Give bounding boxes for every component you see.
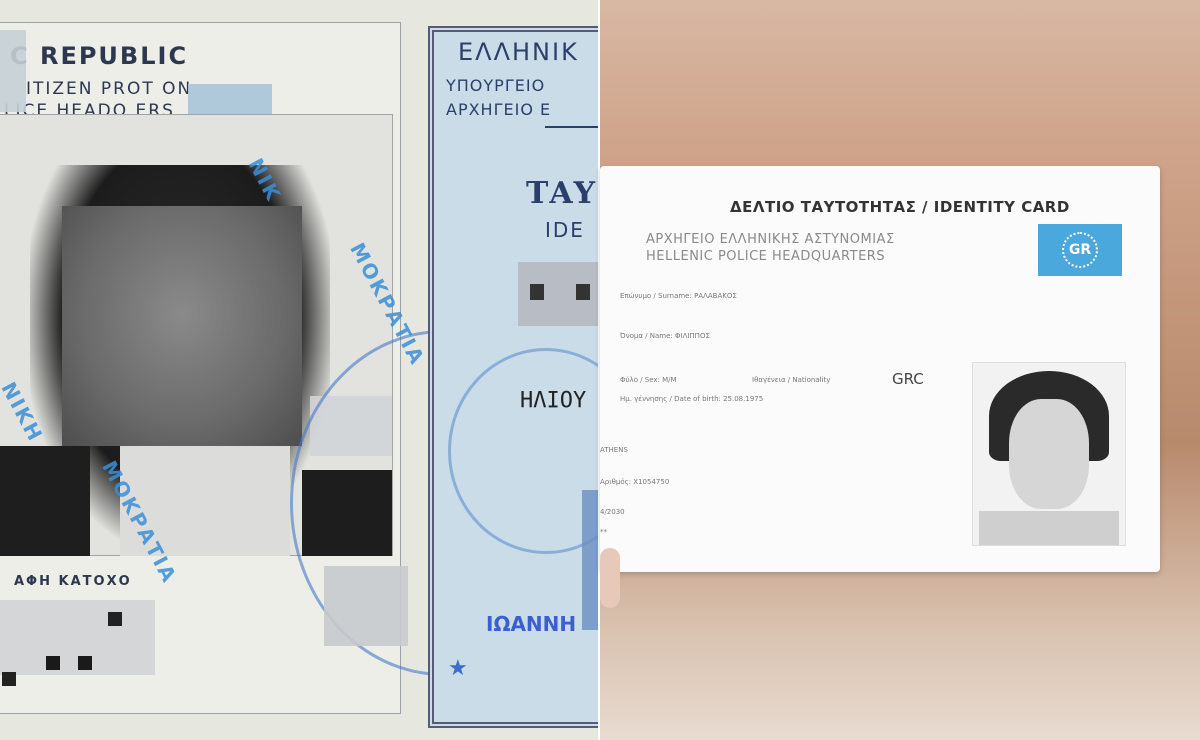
- pixel: [2, 672, 16, 686]
- card-header-republic: C REPUBLIC: [10, 42, 188, 70]
- card-header-hq-gr: ΑΡΧΗΓΕΙΟ Ε: [446, 100, 551, 119]
- pixel: [576, 284, 590, 300]
- issuing-authority-en: HELLENIC POLICE HEADQUARTERS: [646, 249, 885, 264]
- redaction-block: [0, 30, 26, 112]
- card-header-ministry-gr: ΥΠΟΥΡΓΕΙΟ: [446, 76, 545, 95]
- pixel: [78, 656, 92, 670]
- dob-field: Ημ. γέννησης / Date of birth: 25.08.1975: [620, 395, 763, 403]
- sex-field: Φύλο / Sex: M/M: [620, 376, 677, 384]
- name-field: Όνομα / Name: ΦΙΛΙΠΠΟΣ: [620, 332, 710, 340]
- card-title-identity-gr: ΤΑΥ: [526, 176, 596, 211]
- holder-signature-label: ΑΦΗ ΚΑΤΟΧΟ: [14, 574, 132, 589]
- stamp-name: ΙΩΑΝΝΗ: [486, 612, 576, 636]
- star-icon: ★: [448, 656, 468, 681]
- redaction-block: [324, 566, 408, 646]
- blurred-face: [62, 206, 302, 446]
- card-header-ministry: ITIZEN PROT ON: [26, 79, 192, 99]
- pixel: [108, 612, 122, 626]
- nationality-value: GRC: [892, 370, 924, 388]
- nationality-label: Ιθαγένεια / Nationality: [752, 376, 830, 384]
- flag-label: GR: [1062, 232, 1098, 268]
- card-header-hellenic: ΕΛΛΗΝΙΚ: [458, 38, 579, 66]
- card-title: ΔΕΛΤΙΟ ΤΑΥΤΟΤΗΤΑΣ / IDENTITY CARD: [730, 198, 1070, 216]
- issuing-authority-gr: ΑΡΧΗΓΕΙΟ ΕΛΛΗΝΙΚΗΣ ΑΣΤΥΝΟΜΙΑΣ: [646, 232, 895, 247]
- surname-field: Επώνυμο / Surname: ΡΑΛΑΒΑΚΟΣ: [620, 292, 737, 300]
- photo-shoulders: [979, 511, 1119, 546]
- pixel: [530, 284, 544, 300]
- holder-photo-clothing: [0, 446, 90, 556]
- number-field: Αριθμός: Χ1054750: [600, 478, 669, 486]
- new-id-card: ΔΕΛΤΙΟ ΤΑΥΤΟΤΗΤΑΣ / IDENTITY CARD ΑΡΧΗΓΕ…: [600, 166, 1160, 572]
- date-field: 4/2030: [600, 508, 625, 516]
- pixelated-face: [1009, 399, 1089, 509]
- divider-line: [545, 126, 600, 128]
- pixel: [46, 656, 60, 670]
- old-id-card-photo: C REPUBLIC ITIZEN PROT ON LICE HEADQ ERS…: [0, 0, 600, 740]
- extra-field: **: [600, 528, 607, 536]
- card-title-identity-en: IDE: [545, 218, 585, 242]
- holder-photo: [972, 362, 1126, 546]
- place-field: ATHENS: [600, 446, 628, 454]
- eu-flag-icon: GR: [1038, 224, 1122, 276]
- holding-finger: [600, 548, 620, 608]
